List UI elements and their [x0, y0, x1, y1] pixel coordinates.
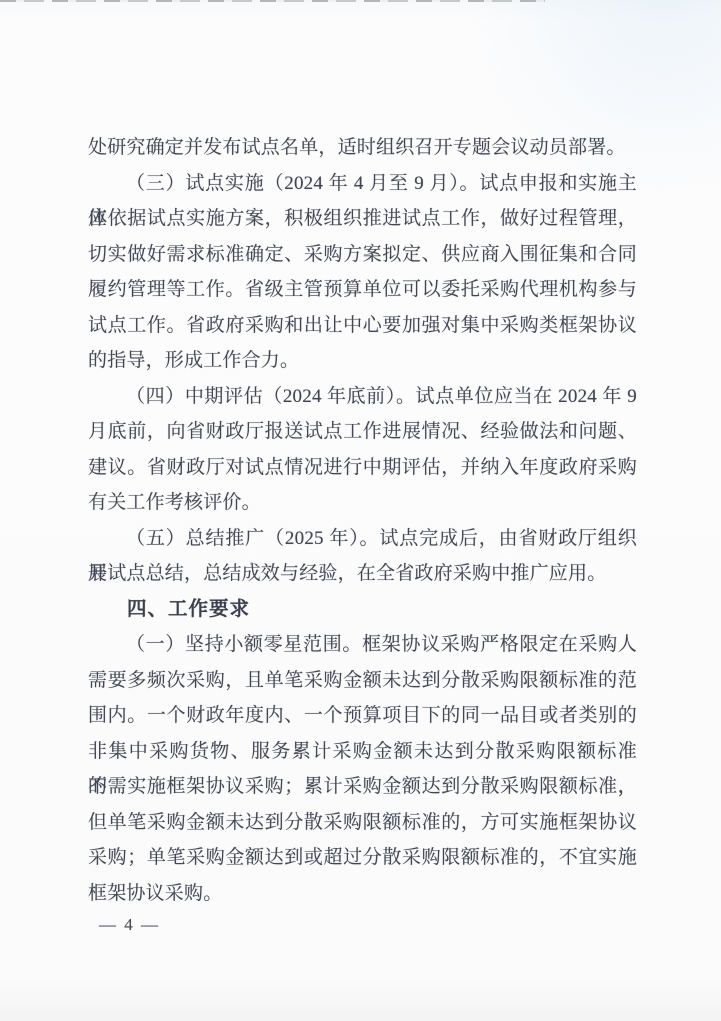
text-line: 框架协议采购。 — [88, 876, 637, 912]
text-line: 履约管理等工作。省级主管预算单位可以委托采购代理机构参与 — [88, 272, 637, 308]
text-line: 应依据试点实施方案，积极组织推进试点工作，做好过程管理， — [88, 201, 637, 237]
text-line: 需要多频次采购，且单笔采购金额未达到分散采购限额标准的范 — [88, 663, 637, 699]
text-line: （一）坚持小额零星范围。框架协议采购严格限定在采购人 — [88, 627, 637, 663]
section-heading: 四、工作要求 — [88, 592, 637, 628]
text-line: 但单笔采购金额未达到分散采购限额标准的，方可实施框架协议 — [88, 805, 637, 841]
text-line: （三）试点实施（2024 年 4 月至 9 月）。试点申报和实施主体 — [88, 166, 637, 202]
text-line: 采购；单笔采购金额达到或超过分散采购限额标准的，不宜实施 — [88, 840, 637, 876]
text-line: （四）中期评估（2024 年底前）。试点单位应当在 2024 年 9 — [88, 379, 637, 415]
text-line: 的指导，形成工作合力。 — [88, 343, 637, 379]
text-line: （五）总结推广（2025 年）。试点完成后，由省财政厅组织开 — [88, 521, 637, 557]
document-body: 处研究确定并发布试点名单，适时组织召开专题会议动员部署。（三）试点实施（2024… — [88, 130, 637, 911]
scan-artifact-line — [0, 0, 545, 2]
text-line: 月底前，向省财政厅报送试点工作进展情况、经验做法和问题、 — [88, 414, 637, 450]
text-line: 建议。省财政厅对试点情况进行中期评估，并纳入年度政府采购 — [88, 450, 637, 486]
text-line: 试点工作。省政府采购和出让中心要加强对集中采购类框架协议 — [88, 308, 637, 344]
text-line: 处研究确定并发布试点名单，适时组织召开专题会议动员部署。 — [88, 130, 637, 166]
text-line: 不需实施框架协议采购；累计采购金额达到分散采购限额标准， — [88, 769, 637, 805]
text-line: 围内。一个财政年度内、一个预算项目下的同一品目或者类别的 — [88, 698, 637, 734]
text-line: 展试点总结，总结成效与经验，在全省政府采购中推广应用。 — [88, 556, 637, 592]
text-line: 有关工作考核评价。 — [88, 485, 637, 521]
text-line: 非集中采购货物、服务累计采购金额未达到分散采购限额标准的， — [88, 734, 637, 770]
document-page: 处研究确定并发布试点名单，适时组织召开专题会议动员部署。（三）试点实施（2024… — [0, 0, 721, 1021]
page-number: — 4 — — [99, 912, 160, 938]
text-line: 切实做好需求标准确定、采购方案拟定、供应商入围征集和合同 — [88, 237, 637, 273]
